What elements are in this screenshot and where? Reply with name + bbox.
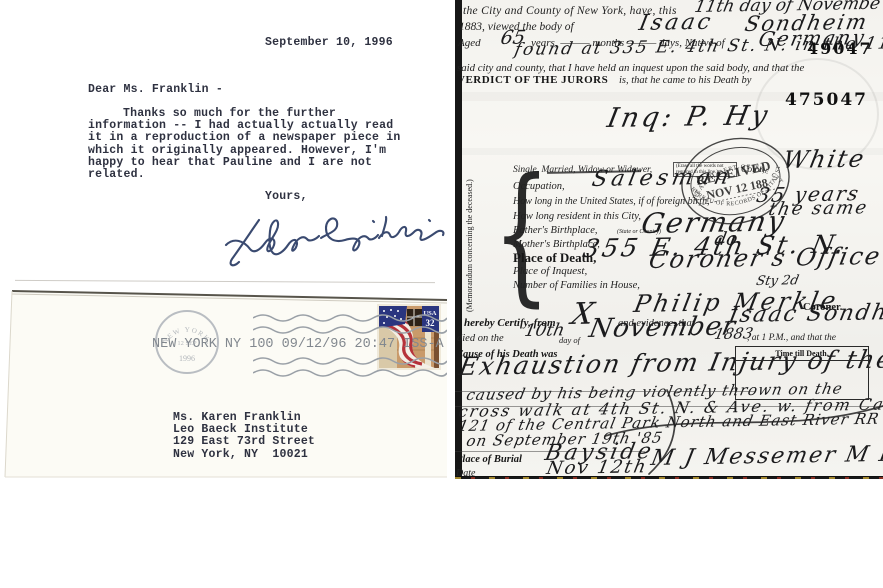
row-occupation-label: Occupation, — [513, 182, 565, 193]
row-father-label: Father's Birthplace, — [513, 226, 597, 237]
sondheim-signature — [222, 212, 450, 272]
postmark-year: 1996 — [179, 354, 195, 363]
coroner-certificate-panel: the City and County of New York, have, t… — [455, 0, 883, 479]
cert-aged-printed-a: Aged — [458, 38, 481, 49]
cert-verdict-printed: is, that he came to his Death by — [619, 76, 751, 87]
row-resident-label: How long resident in this City, — [513, 212, 641, 223]
letter-closing: Yours, — [265, 191, 308, 203]
pen-flourishes — [455, 340, 883, 479]
cert-verdict-bold: VERDICT OF THE JURORS — [457, 75, 608, 86]
certify-deceased-hand: Isaac Sondhei — [727, 302, 883, 327]
address-line: New York, NY 10021 — [173, 449, 315, 461]
scanned-documents-page: September 10, 1996 Dear Ms. Franklin - T… — [0, 0, 883, 588]
letter-body-line: it in a reproduction of a newspaper piec… — [88, 132, 400, 144]
letter-panel: September 10, 1996 Dear Ms. Franklin - T… — [0, 0, 450, 290]
cert-inquest-printed: said city and county, that I have held a… — [457, 63, 804, 74]
envelope-address: Ms. Karen Franklin Leo Baeck Institute 1… — [173, 412, 315, 461]
cert-stamp-number-small: 49047 — [807, 41, 873, 57]
letter-body: Thanks so much for the further informati… — [88, 108, 400, 181]
letter-body-line: related. — [88, 169, 400, 181]
cert-inq-hand: Inq: P. Hy — [605, 102, 773, 132]
margin-memorandum-note: (Memorandum concerning the deceased.) — [465, 162, 474, 312]
address-line: 129 East 73rd Street — [173, 436, 315, 448]
row-families-value: Sty 2d — [755, 274, 800, 288]
row-inquest-label: Place of Inquest, — [513, 266, 587, 277]
letter-bottom-crease — [15, 280, 435, 283]
cancel-text: NEW YORK NY 100 09/12/96 20:47 ISS-A — [152, 337, 444, 352]
letter-salutation: Dear Ms. Franklin - — [88, 84, 223, 96]
scan-artifact-dashes — [455, 477, 883, 479]
cert-first-name: Isaac — [637, 12, 715, 35]
row-families-label: Number of Families in House, — [513, 281, 640, 292]
letter-date: September 10, 1996 — [265, 37, 393, 49]
row-inquest-value: Coroner's Office — [647, 244, 883, 272]
letter-body-line: which it originally appeared. However, I… — [88, 145, 400, 157]
row-color-value: White — [781, 147, 868, 172]
